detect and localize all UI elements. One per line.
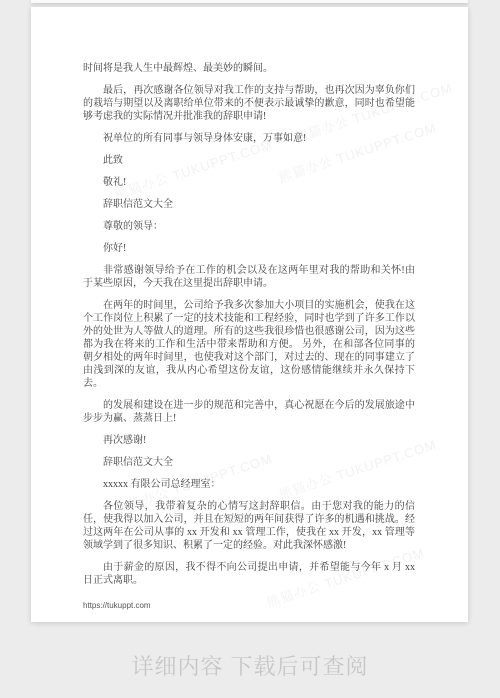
paragraph: 你好!	[83, 242, 415, 255]
paragraph: 辞职信范文大全	[83, 456, 415, 469]
paragraph: 的发展和建设在进一步的规范和完善中，真心祝愿在今后的发展旅途中步步为赢、蒸蒸日上…	[83, 399, 415, 425]
document-page: 熊猫办公 TUKUPPT.COM 熊猫办公 TUKUPPT.COM 熊猫办公 T…	[31, 7, 468, 622]
paragraph: 时间将是我人生中最辉煌、最美妙的瞬间。	[83, 62, 415, 75]
paragraph: 各位领导，我带着复杂的心情写这封辞职信。由于您对我的能力的信任，使我得以加入公司…	[83, 500, 415, 552]
paragraph: 由于薪金的原因，我不得不向公司提出申请，并希望能与今年 x 月 xx 日正式离职…	[83, 561, 415, 587]
paragraph: 祝单位的所有同事与领导身体安康，万事如意!	[83, 132, 415, 145]
paragraph: xxxxx 有限公司总经理室：	[83, 478, 415, 491]
paragraph: 辞职信范文大全	[83, 198, 415, 211]
paragraph: 在两年的时间里，公司给予我多次参加大小项目的实施机会，使我在这个工作岗位上积累了…	[83, 299, 415, 390]
paragraph: 敬礼!	[83, 176, 415, 189]
source-url[interactable]: https://tukuppt.com	[83, 601, 415, 610]
previous-page-bottom-edge	[31, 0, 468, 3]
preview-background: { "document": { "watermark": "熊猫办公 TUKUP…	[0, 0, 500, 698]
document-body: 时间将是我人生中最辉煌、最美妙的瞬间。最后，再次感谢各位领导对我工作的支持与帮助…	[83, 62, 415, 587]
download-notice: 详细内容 下载后可查阅	[0, 650, 500, 681]
paragraph: 再次感谢!	[83, 434, 415, 447]
paragraph: 最后，再次感谢各位领导对我工作的支持与帮助，也再次因为辜负你们的栽培与期望以及离…	[83, 84, 415, 123]
paragraph: 此致	[83, 154, 415, 167]
paragraph: 尊敬的领导：	[83, 220, 415, 233]
paragraph: 非常感谢领导给予在工作的机会以及在这两年里对我的帮助和关怀!由于某些原因，今天我…	[83, 264, 415, 290]
